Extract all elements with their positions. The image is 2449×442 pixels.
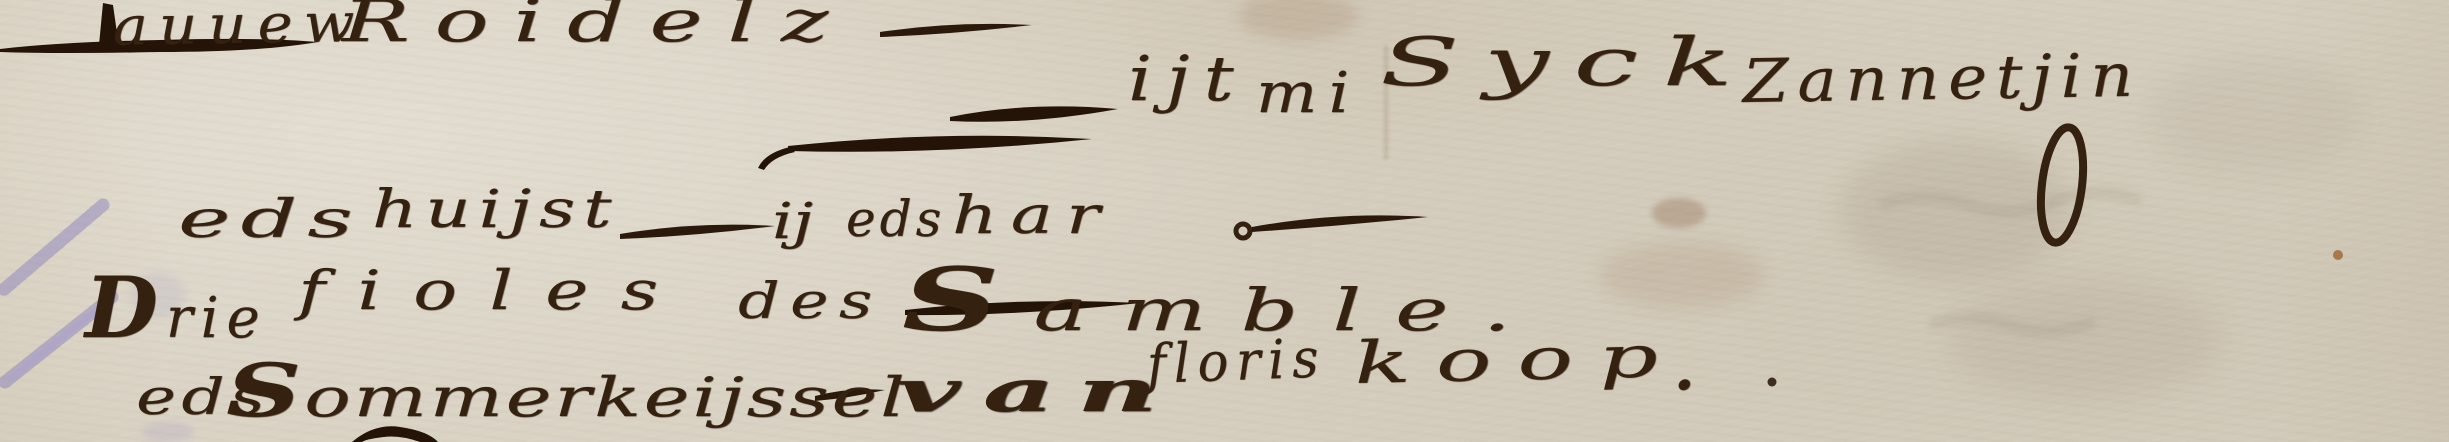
manuscript-page: auuew Roidelz ijt mi Syck Zannetjin eds … bbox=[0, 0, 2449, 442]
manuscript-line-5: eds Sommerkeijssel van floris koop . bbox=[0, 0, 2449, 442]
manuscript-word: . bbox=[1674, 340, 1694, 398]
manuscript-word: van bbox=[896, 362, 1180, 420]
manuscript-word: koop bbox=[1352, 327, 1685, 392]
manuscript-word: floris bbox=[1146, 331, 1327, 392]
manuscript-word: Sommerkeijssel bbox=[226, 356, 908, 429]
